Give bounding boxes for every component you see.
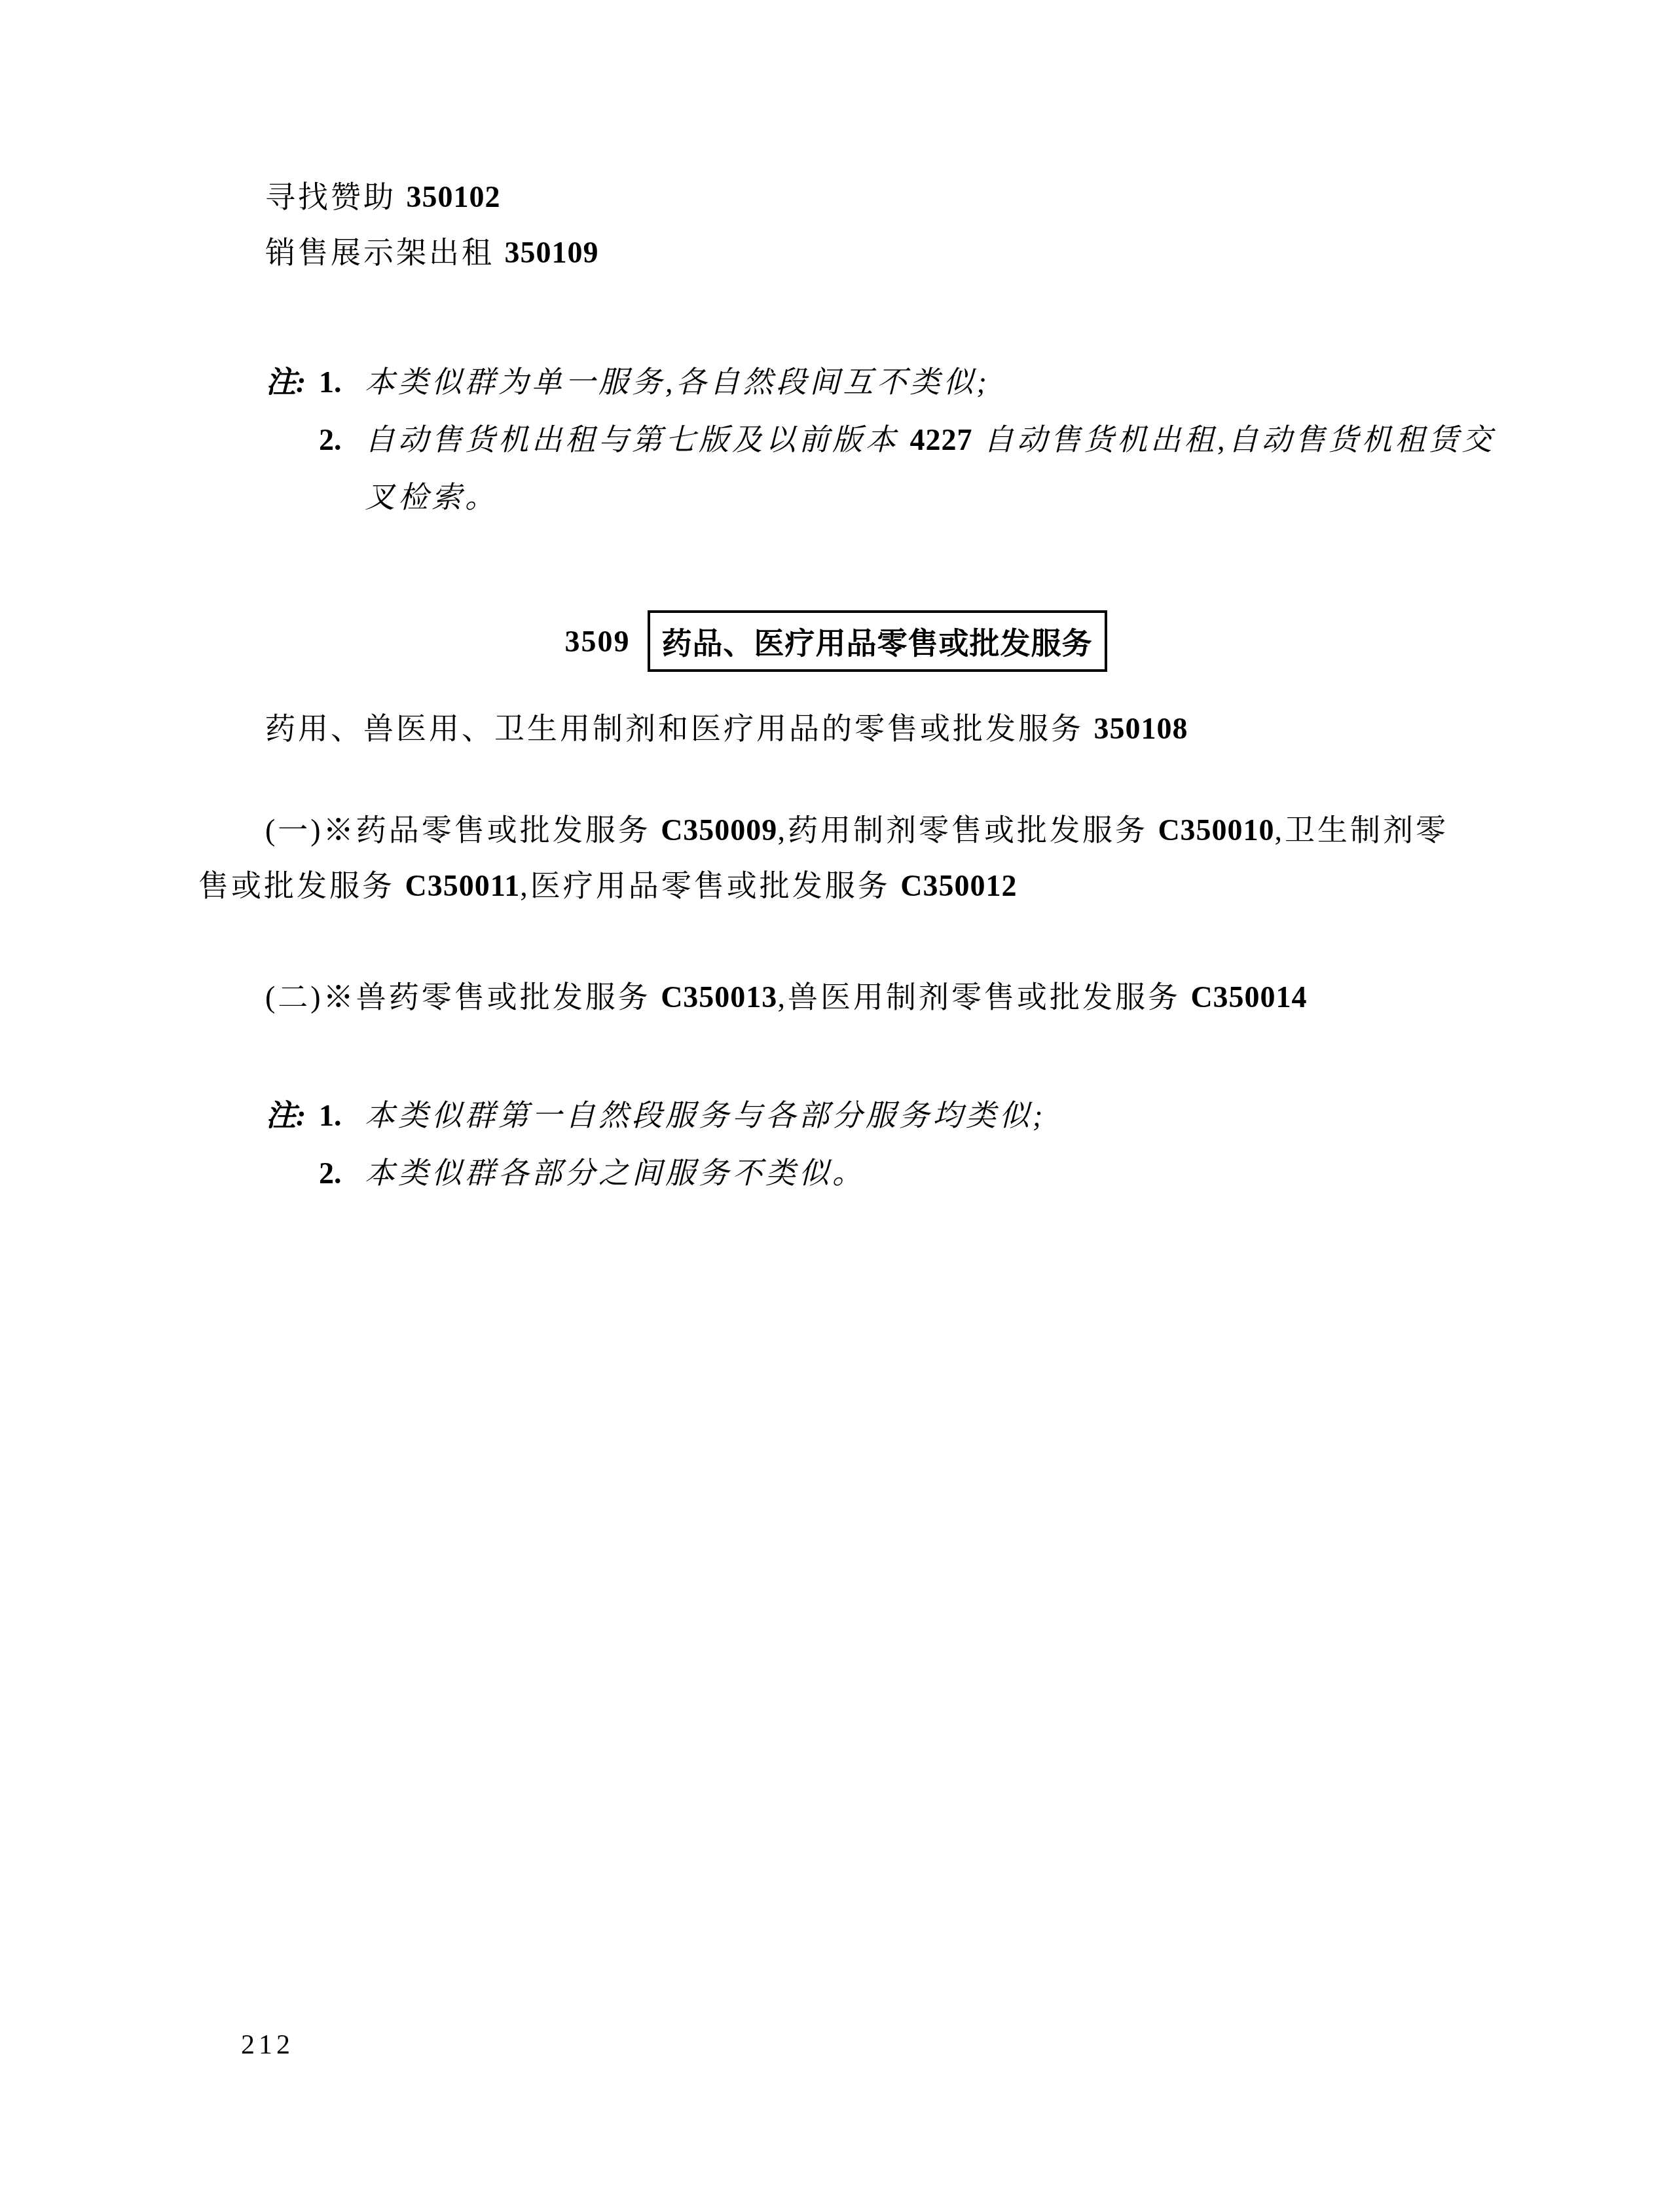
service-entry-code: 350102	[407, 180, 501, 213]
note-number: 1.	[319, 354, 365, 411]
service-code: C350010	[1158, 813, 1274, 847]
group-heading-3509: 3509 药品、医疗用品零售或批发服务	[198, 610, 1473, 672]
part-text: ,医疗用品零售或批发服务	[520, 869, 900, 902]
service-code: C350011	[405, 869, 521, 902]
part-text: ,药用制剂零售或批发服务	[777, 813, 1158, 847]
service-code: C350013	[661, 980, 777, 1014]
service-entry-text: 寻找赞助	[265, 180, 407, 213]
note-label: 注:	[266, 354, 319, 411]
part-text: ,卫生制剂零	[1275, 813, 1449, 847]
note-label-spacer	[266, 1145, 319, 1202]
note-number: 2.	[319, 1145, 365, 1202]
group-title-box: 药品、医疗用品零售或批发服务	[648, 610, 1107, 672]
part-text: ,兽医用制剂零售或批发服务	[777, 980, 1190, 1014]
note-text-continuation: 叉检索。	[198, 469, 1473, 526]
part-2-paragraph: (二)※兽药零售或批发服务 C350013,兽医用制剂零售或批发服务 C3500…	[198, 969, 1473, 1025]
note-label: 注:	[266, 1087, 319, 1145]
note-item-1: 注: 1. 本类似群为单一服务,各自然段间互不类似;	[198, 354, 1473, 411]
cross-ref-code: 4227	[910, 423, 973, 456]
part-1-paragraph: (一)※药品零售或批发服务 C350009,药用制剂零售或批发服务 C35001…	[198, 802, 1473, 913]
part-text: (一)※药品零售或批发服务	[265, 813, 661, 847]
part-1-line-1: (一)※药品零售或批发服务 C350009,药用制剂零售或批发服务 C35001…	[198, 802, 1473, 858]
part-1-line-2: 售或批发服务 C350011,医疗用品零售或批发服务 C350012	[198, 858, 1473, 913]
note-number: 2.	[319, 411, 365, 469]
part-2-line-1: (二)※兽药零售或批发服务 C350013,兽医用制剂零售或批发服务 C3500…	[198, 969, 1473, 1025]
page-number: 212	[241, 2029, 294, 2061]
document-page: 寻找赞助 350102 销售展示架出租 350109 注: 1. 本类似群为单一…	[0, 0, 1671, 2212]
part-text: (二)※兽药零售或批发服务	[265, 980, 661, 1014]
group-intro-entry: 药用、兽医用、卫生用制剂和医疗用品的零售或批发服务 350108	[198, 701, 1473, 756]
note-item-1: 注: 1. 本类似群第一自然段服务与各部分服务均类似;	[198, 1087, 1473, 1145]
note-text: 本类似群各部分之间服务不类似。	[365, 1145, 866, 1202]
service-entry-code: 350108	[1094, 712, 1188, 745]
service-code: C350014	[1190, 980, 1307, 1014]
note-number: 1.	[319, 1087, 365, 1145]
service-entry-text: 销售展示架出租	[265, 236, 505, 269]
notes-block-3501: 注: 1. 本类似群为单一服务,各自然段间互不类似; 2. 自动售货机出租与第七…	[198, 354, 1473, 526]
note-text: 自动售货机出租与第七版及以前版本 4227 自动售货机出租,自动售货机租赁交	[365, 411, 1496, 469]
note-item-2: 2. 本类似群各部分之间服务不类似。	[198, 1145, 1473, 1202]
service-code: C350012	[900, 869, 1017, 902]
note-text: 本类似群为单一服务,各自然段间互不类似;	[365, 354, 990, 411]
note-text: 本类似群第一自然段服务与各部分服务均类似;	[365, 1087, 1046, 1145]
service-code: C350009	[661, 813, 777, 847]
service-entry-text: 药用、兽医用、卫生用制剂和医疗用品的零售或批发服务	[265, 712, 1094, 745]
group-code: 3509	[565, 624, 631, 659]
notes-block-3509: 注: 1. 本类似群第一自然段服务与各部分服务均类似; 2. 本类似群各部分之间…	[198, 1087, 1473, 1202]
note-label-spacer	[266, 411, 319, 469]
note-item-2: 2. 自动售货机出租与第七版及以前版本 4227 自动售货机出租,自动售货机租赁…	[198, 411, 1473, 469]
service-entry: 寻找赞助 350102	[198, 169, 1473, 225]
page-content: 寻找赞助 350102 销售展示架出租 350109 注: 1. 本类似群为单一…	[198, 169, 1473, 1202]
service-entry: 销售展示架出租 350109	[198, 225, 1473, 280]
service-entry-code: 350109	[505, 236, 599, 269]
part-text: 售或批发服务	[198, 869, 405, 902]
